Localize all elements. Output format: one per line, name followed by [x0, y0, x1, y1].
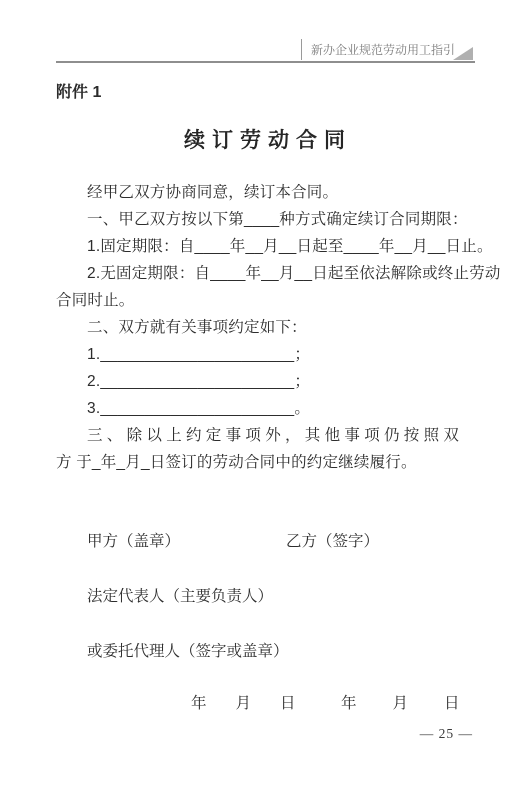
date-year-label: 年	[191, 691, 207, 713]
date-month-label: 月	[236, 691, 252, 713]
body-line: 二、双方就有关事项约定如下：	[56, 314, 476, 341]
date-line-party-a: 年 月 日	[191, 691, 296, 713]
date-day-label: 日	[444, 691, 460, 713]
contract-body: 经甲乙双方协商同意，续订本合同。 一、甲乙双方按以下第____种方式确定续订合同…	[56, 179, 476, 476]
body-line-blank: 3.______________________。	[56, 395, 476, 422]
body-line: 1.固定期限：自____年__月__日起至____年__月__日止。	[56, 233, 476, 260]
date-month-label: 月	[393, 691, 409, 713]
body-line: 一、甲乙双方按以下第____种方式确定续订合同期限：	[56, 206, 476, 233]
date-line-party-b: 年 月 日	[341, 691, 460, 713]
date-day-label: 日	[280, 691, 296, 713]
attachment-label: 附件 1	[56, 79, 101, 102]
signature-legal-representative: 法定代表人（主要负责人）	[87, 584, 273, 606]
body-line: 三、除以上约定事项外，其他事项仍按照双	[56, 422, 476, 449]
body-line: 合同时止。	[56, 287, 476, 314]
body-line: 方 于_年_月_日签订的劳动合同中的约定继续履行。	[56, 449, 476, 476]
document-title: 续订劳动合同	[0, 124, 529, 154]
body-line: 2.无固定期限：自____年__月__日起至依法解除或终止劳动	[56, 260, 476, 287]
document-page: 新办企业规范劳动用工指引 附件 1 续订劳动合同 经甲乙双方协商同意，续订本合同…	[0, 0, 529, 794]
header-guide-title: 新办企业规范劳动用工指引	[311, 41, 455, 58]
signature-party-a: 甲方（盖章）	[87, 529, 180, 551]
date-year-label: 年	[341, 691, 357, 713]
header-rule	[56, 61, 475, 63]
header-separator-bar	[301, 39, 302, 60]
body-line: 经甲乙双方协商同意，续订本合同。	[56, 179, 476, 206]
corner-triangle-icon	[453, 47, 473, 60]
page-number: — 25 —	[420, 726, 473, 742]
signature-party-b: 乙方（签字）	[286, 529, 379, 551]
body-line-blank: 1.______________________；	[56, 341, 476, 368]
signature-entrusted-agent: 或委托代理人（签字或盖章）	[87, 639, 289, 661]
body-line-blank: 2.______________________；	[56, 368, 476, 395]
